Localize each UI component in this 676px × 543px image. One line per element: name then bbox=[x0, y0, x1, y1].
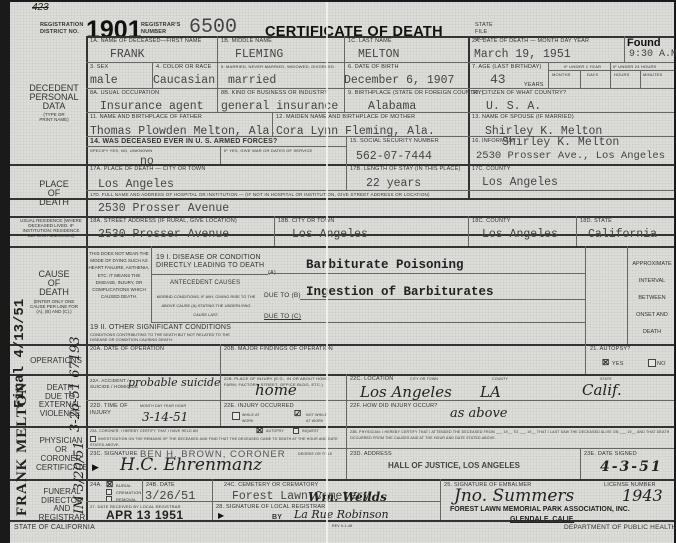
field-13-label: 13. NAME OF SPOUSE (IF MARRIED) bbox=[472, 114, 574, 120]
burial-checkbox[interactable]: ☒ bbox=[106, 480, 113, 489]
death-certificate: 423 REGISTRATION DISTRICT NO. 1901 REGIS… bbox=[10, 2, 674, 543]
field-19-ii-note: CONDITIONS CONTRIBUTING TO THE DEATH BUT… bbox=[90, 332, 230, 342]
injury-state: Calif. bbox=[582, 381, 622, 399]
coroner-inquest-checkbox[interactable] bbox=[293, 428, 299, 434]
field-2a-label: 2a. DATE OF DEATH — MONTH DAY YEAR bbox=[472, 38, 589, 44]
field-17b-label: 17b. LENGTH OF STAY (IN THIS PLACE) bbox=[350, 166, 461, 172]
place-of-death-county: Los Angeles bbox=[482, 176, 558, 189]
usual-residence-section-label: USUAL RESIDENCE (WHERE DECEASED LIVED. I… bbox=[16, 218, 86, 238]
footer-department: DEPARTMENT OF PUBLIC HEALTH bbox=[564, 524, 676, 531]
antecedent-label: ANTECEDENT CAUSES bbox=[170, 280, 240, 286]
hours-label: HOURS bbox=[614, 72, 629, 77]
field-18c-label: 18c. COUNTY bbox=[472, 218, 511, 224]
field-18a-label: 18a. STREET ADDRESS (IF RURAL, GIVE LOCA… bbox=[90, 218, 237, 224]
days-label: DAYS bbox=[587, 72, 598, 77]
autopsy-yes-checkbox[interactable]: ☒ bbox=[602, 358, 609, 367]
coroner-investigation-text: INVESTIGATION ON THE REMAINS OF THE DECE… bbox=[90, 436, 340, 448]
registrar-arrow-icon: ▶ bbox=[218, 511, 224, 520]
field-19-ii-label: 19 II. OTHER SIGNIFICANT CONDITIONS bbox=[90, 324, 231, 331]
coroner-inquest-label: INQUEST bbox=[302, 429, 319, 433]
field-23a-label: 23a. CORONER: I HEREBY CERTIFY THAT I HA… bbox=[90, 429, 198, 433]
field-23e-label: 23e. DATE SIGNED bbox=[584, 451, 637, 457]
corner-mark: 423 bbox=[32, 2, 49, 13]
autopsy-no-checkbox[interactable] bbox=[648, 359, 656, 367]
marital-status: married bbox=[228, 74, 276, 87]
coroner-signature: H.C. Ehrenmanz bbox=[120, 455, 262, 475]
field-8a-label: 8a. USUAL OCCUPATION bbox=[90, 90, 159, 96]
field-4-label: 4. COLOR OR RACE bbox=[156, 64, 211, 70]
field-24c-label: 24c. CEMETERY OR CREMATORY bbox=[224, 482, 319, 488]
deputy-registrar-signature: La Rue Robinson bbox=[294, 508, 389, 521]
under-1-year-label: IF UNDER 1 YEAR bbox=[564, 64, 601, 69]
place-of-death-address: 2530 Prosser Avenue bbox=[98, 202, 229, 215]
field-23d-label: 23d. ADDRESS bbox=[350, 451, 392, 457]
field-15-label: 15. SOCIAL SECURITY NUMBER bbox=[350, 138, 439, 144]
cause-a: Barbiturate Poisoning bbox=[306, 258, 464, 272]
im-annotation: IM 3/20/51 bbox=[72, 441, 87, 514]
date-of-birth: December 6, 1907 bbox=[344, 74, 454, 87]
field-22c-label: 22c. LOCATION bbox=[350, 376, 393, 382]
coroner-address: HALL OF JUSTICE, LOS ANGELES bbox=[388, 461, 520, 470]
field-19-label: 19 I. DISEASE OR CONDITION DIRECTLY LEAD… bbox=[156, 254, 276, 270]
cause-note: THIS DOES NOT MEAN THE MODE OF DYING SUC… bbox=[88, 250, 150, 300]
age: 43 bbox=[490, 72, 506, 87]
case-annotation: 3-26-51 67193 bbox=[68, 336, 83, 432]
interval-label: APPROXIMATE INTERVAL BETWEEN ONSET AND D… bbox=[630, 256, 674, 341]
field-9-label: 9. BIRTHPLACE (STATE OR FOREIGN COUNTRY) bbox=[348, 90, 484, 96]
cause-of-death-section-label: CAUSE OF DEATH (ENTER ONLY ONE CAUSE PER… bbox=[24, 270, 84, 314]
name-stamp-annotation: FRANK MELTON bbox=[14, 382, 31, 516]
field-8b-label: 8b. KIND OF BUSINESS OR INDUSTRY bbox=[221, 90, 328, 96]
field-20a-label: 20a. DATE OF OPERATION bbox=[90, 346, 164, 352]
footer-state: STATE OF CALIFORNIA bbox=[14, 524, 95, 531]
embalmer-license: 1943 bbox=[622, 486, 663, 505]
length-of-stay: 22 years bbox=[366, 177, 421, 190]
form-revision: REV 9-1-48 bbox=[332, 524, 352, 528]
field-14-war-label: IF YES, GIVE WAR OR DATES OF SERVICE bbox=[224, 148, 312, 153]
under-24-hours-label: IF UNDER 24 HOURS bbox=[613, 64, 656, 69]
time-found: 9:30 A.M. bbox=[629, 49, 676, 60]
location-county-label: COUNTY bbox=[492, 377, 508, 381]
antecedent-note: MORBID CONDITIONS, IF ANY, GIVING RISE T… bbox=[156, 292, 256, 319]
field-3-label: 3. SEX bbox=[90, 64, 108, 70]
burial-label: BURIAL bbox=[116, 483, 132, 488]
minutes-label: MINUTES bbox=[643, 72, 662, 77]
injury-county: LA bbox=[480, 383, 501, 401]
last-name: MELTON bbox=[358, 48, 399, 61]
manner-of-death: probable suicide bbox=[128, 376, 221, 389]
residence-city: Los Angeles bbox=[292, 228, 368, 241]
field-24a-label: 24a. bbox=[90, 482, 102, 488]
months-label: MONTHS bbox=[552, 72, 571, 77]
injury-city: Los Angeles bbox=[360, 383, 452, 401]
date-of-death: March 19, 1951 bbox=[474, 48, 571, 61]
field-20b-label: 20b. MAJOR FINDINGS OF OPERATION bbox=[224, 346, 333, 352]
field-10-label: 10. CITIZEN OF WHAT COUNTRY? bbox=[472, 90, 566, 96]
location-city-label: CITY OR TOWN bbox=[410, 377, 438, 381]
field-11-label: 11. NAME AND BIRTHPLACE OF FATHER bbox=[90, 114, 202, 120]
social-security-number: 562-07-7444 bbox=[356, 150, 432, 163]
field-5-label: 5. MARRIED, NEVER MARRIED, WIDOWED, DIVO… bbox=[221, 64, 334, 69]
residence-county: Los Angeles bbox=[482, 228, 558, 241]
field-22e-label: 22e. INJURY OCCURRED bbox=[224, 403, 294, 409]
informant-name: Shirley K. Melton bbox=[502, 136, 619, 149]
field-22f-label: 22f. HOW DID INJURY OCCUR? bbox=[350, 403, 438, 409]
while-at-work-checkbox[interactable] bbox=[232, 412, 240, 420]
field-24b-label: 24b. DATE bbox=[146, 482, 175, 488]
cause-b: Ingestion of Barbiturates bbox=[306, 285, 494, 299]
signature-arrow-icon: ▶ bbox=[92, 462, 99, 473]
field-7-label: 7. AGE (LAST BIRTHDAY) bbox=[472, 64, 542, 70]
time-of-injury: 3-14-51 bbox=[142, 410, 188, 424]
registrar-signature: Wm. Weilds bbox=[308, 490, 387, 504]
registrar-number-label: REGISTRAR'S NUMBER bbox=[141, 22, 181, 36]
field-1b-label: 1b. MIDDLE NAME bbox=[221, 38, 272, 44]
field-17a-label: 17a. PLACE OF DEATH — CITY OR TOWN bbox=[90, 166, 206, 172]
race: Caucasian bbox=[153, 74, 215, 87]
field-1a-label: 1a. NAME OF DECEASED—FIRST NAME bbox=[90, 38, 202, 44]
middle-name: FLEMING bbox=[235, 48, 283, 61]
fold-crease bbox=[326, 2, 328, 543]
sex: male bbox=[90, 74, 118, 87]
not-while-at-work-checkbox[interactable]: ☑ bbox=[294, 409, 301, 418]
decedent-section-label: DECEDENT PERSONAL DATA (TYPE OR PRINT NA… bbox=[24, 84, 84, 122]
funeral-director: FOREST LAWN MEMORIAL PARK ASSOCIATION, I… bbox=[450, 506, 630, 513]
coroner-autopsy-checkbox[interactable]: ☒ bbox=[256, 426, 263, 435]
field-18d-label: 18d. STATE bbox=[580, 218, 612, 224]
field-22d-label: 22d. TIME OF INJURY bbox=[90, 403, 130, 417]
funeral-director-city: GLENDALE, CALIF. bbox=[510, 516, 574, 523]
field-23b-label: 23b. PHYSICIAN: I HEREBY CERTIFY THAT I … bbox=[350, 429, 672, 441]
autopsy-no-label: NO bbox=[657, 361, 666, 367]
informant-address: 2530 Prosser Ave., Los Angeles bbox=[476, 150, 665, 162]
field-22d-sub-label: MONTH DAY YEAR HOUR bbox=[140, 404, 186, 408]
field-17d-label: 17d. FULL NAME AND ADDRESS OF HOSPITAL O… bbox=[90, 192, 430, 197]
field-6-label: 6. DATE OF BIRTH bbox=[348, 64, 399, 70]
field-14-sub-label: SPECIFY YES, NO, UNKNOWN bbox=[90, 148, 152, 153]
field-12-label: 12. MAIDEN NAME AND BIRTHPLACE OF MOTHER bbox=[276, 114, 415, 120]
residence-state: California bbox=[588, 228, 657, 241]
field-1c-label: 1c. LAST NAME bbox=[348, 38, 392, 44]
field-14-label: 14. WAS DECEASED EVER IN U. S. ARMED FOR… bbox=[90, 138, 277, 145]
coroner-autopsy-label: AUTOPSY bbox=[266, 429, 284, 433]
field-21-label: 21. AUTOPSY? bbox=[590, 346, 631, 352]
field-17c-label: 17c. COUNTY bbox=[472, 166, 511, 172]
cremation-checkbox[interactable] bbox=[106, 489, 112, 495]
cremation-label: CREMATION bbox=[116, 490, 142, 495]
cause-b-marker: DUE TO (B) bbox=[264, 292, 301, 299]
residence-street: 2530 Prosser Avenue bbox=[98, 228, 229, 241]
place-of-injury: home bbox=[255, 381, 297, 399]
while-at-work-label: WHILE AT WORK bbox=[242, 412, 262, 424]
cause-c-marker: DUE TO (C) bbox=[264, 313, 301, 320]
registration-district-label: REGISTRATION DISTRICT NO. bbox=[40, 22, 84, 36]
autopsy-yes-label: YES bbox=[612, 361, 624, 367]
how-injury-occurred: as above bbox=[450, 406, 508, 421]
first-name: FRANK bbox=[110, 48, 145, 61]
embalmer-signature: Jno. Summers bbox=[454, 486, 574, 506]
registrar-by-label: BY bbox=[272, 514, 282, 521]
date-signed: 4-3-51 bbox=[600, 459, 663, 475]
found-label: Found bbox=[627, 37, 661, 49]
date-received: APR 13 1951 bbox=[106, 508, 184, 522]
place-of-death-section-label: PLACE OF DEATH bbox=[24, 180, 84, 207]
